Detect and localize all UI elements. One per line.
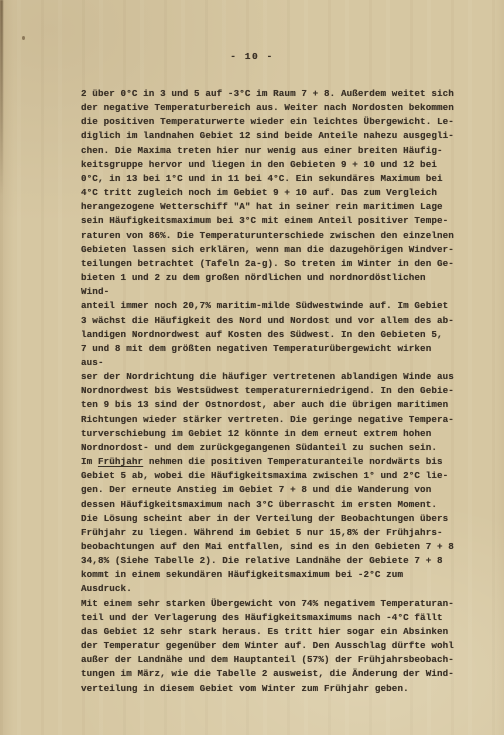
scan-edge-shadow: [0, 0, 3, 195]
page-number: - 10 -: [0, 51, 504, 62]
fruehjahr-underlined-word: Frühjahr: [98, 456, 143, 467]
paper-speck: [22, 36, 25, 40]
document-text-column: 2 über 0°C in 3 und 5 auf -3°C im Raum 7…: [81, 87, 459, 696]
paragraph-fruehjahr-rest: nehmen die positiven Temperaturanteile n…: [81, 456, 454, 694]
paragraph-fruehjahr: Im Frühjahr nehmen die positiven Tempera…: [81, 455, 459, 696]
paragraph-fruehjahr-prefix: Im: [81, 456, 98, 467]
paragraph-winter-temperature: 2 über 0°C in 3 und 5 auf -3°C im Raum 7…: [81, 87, 459, 455]
